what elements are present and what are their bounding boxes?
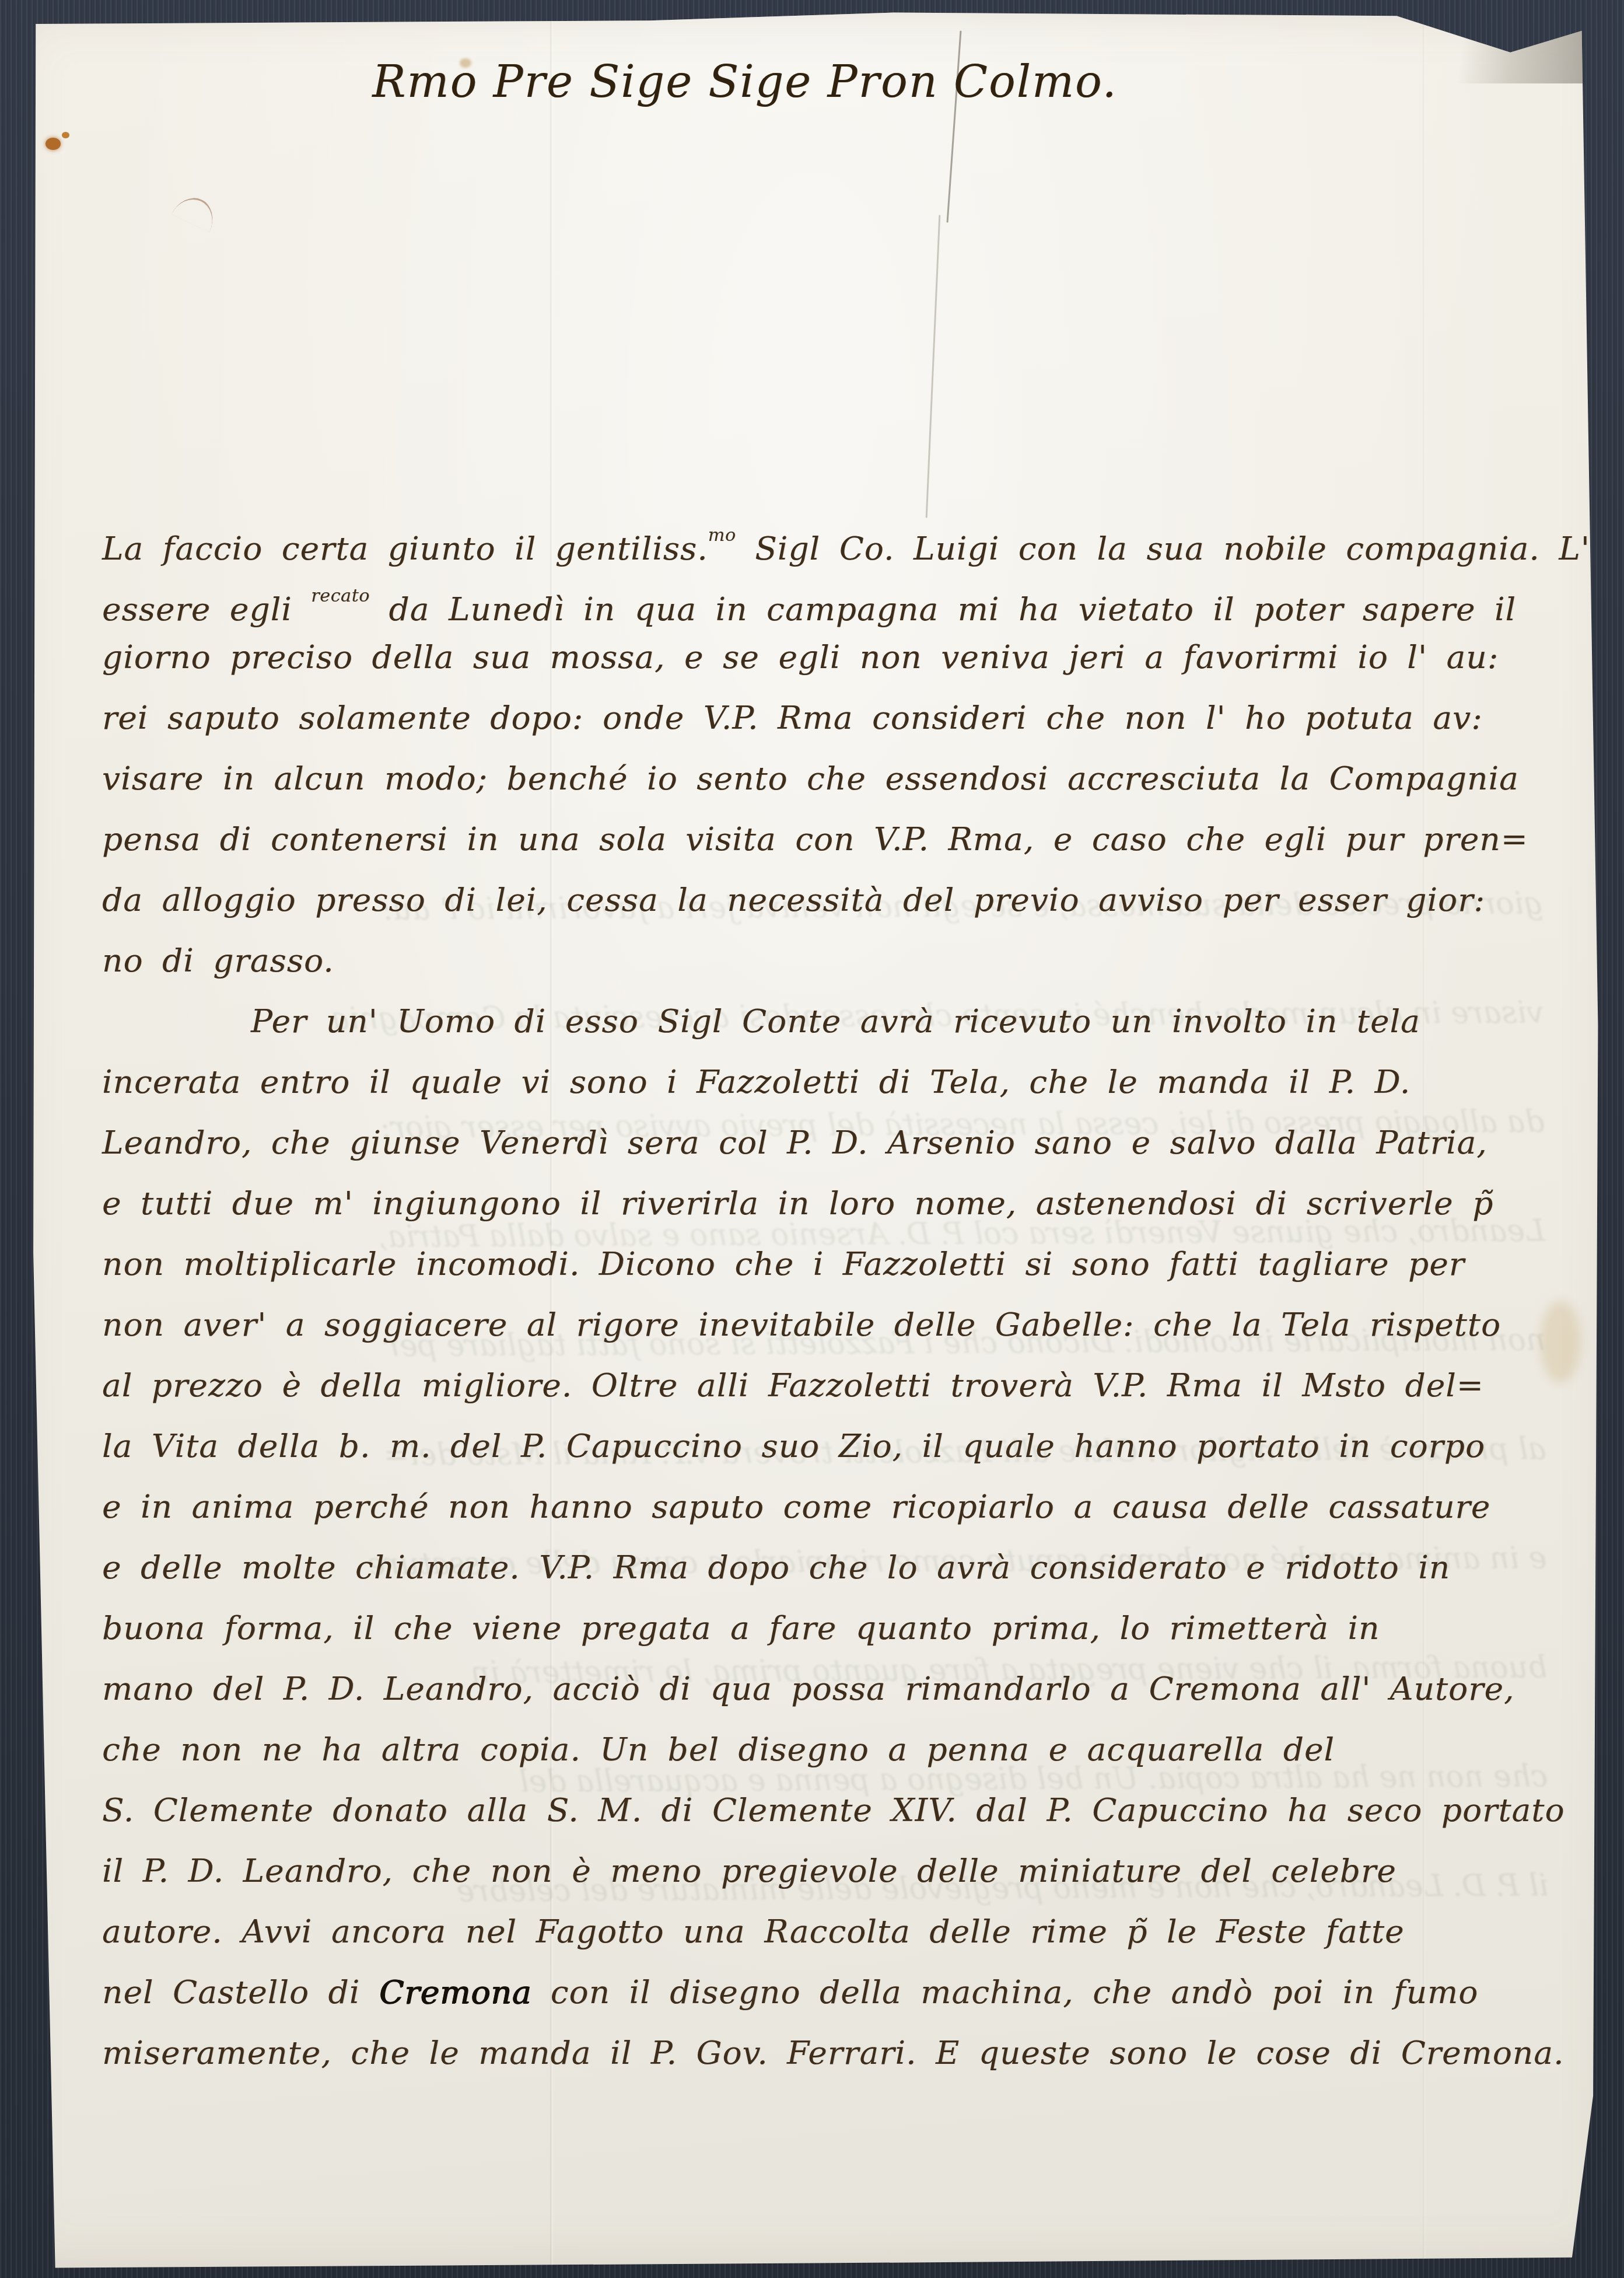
line-text: pensa di contenersi in una sola visita c… xyxy=(102,820,1528,858)
letter-line: giorno preciso della sua mossa, e se egl… xyxy=(102,627,1555,687)
letter-page: giorno preciso della sua mossa, e se egl… xyxy=(0,0,1624,2278)
line-text: Sigl Co. Luigi con la sua nobile compagn… xyxy=(736,530,1590,567)
line-text: giorno preciso della sua mossa, e se egl… xyxy=(102,638,1499,676)
line-text: con il disegno della machina, che andò p… xyxy=(531,1973,1478,2011)
letter-line: la Vita della b. m. del P. Capuccino suo… xyxy=(102,1416,1555,1476)
line-text: miseramente, che le manda il P. Gov. Fer… xyxy=(102,2034,1564,2071)
line-text: essere egli xyxy=(102,591,311,628)
line-text: da alloggio presso di lei, cessa la nece… xyxy=(102,881,1485,918)
line-text: il P. D. Leandro, che non è meno pregiev… xyxy=(102,1852,1396,1889)
photo-background: giorno preciso della sua mossa, e se egl… xyxy=(0,0,1624,2278)
line-text: mano del P. D. Leandro, acciò di qua pos… xyxy=(102,1670,1515,1707)
letter-line: da alloggio presso di lei, cessa la nece… xyxy=(102,869,1555,930)
letter-line: che non ne ha altra copia. Un bel disegn… xyxy=(102,1719,1555,1780)
salutation-line: Rmo Pre Sige Sige Pron Colmo. xyxy=(0,54,1490,109)
line-text: S. Clemente donato alla S. M. di Clement… xyxy=(102,1791,1565,1829)
line-text: Leandro, che giunse Venerdì sera col P. … xyxy=(102,1124,1487,1161)
line-text: che non ne ha altra copia. Un bel disegn… xyxy=(102,1731,1335,1768)
letter-line: buona forma, il che viene pregata a fare… xyxy=(102,1598,1555,1658)
letter-line: S. Clemente donato alla S. M. di Clement… xyxy=(102,1780,1555,1840)
letter-line: La faccio certa giunto il gentiliss.mo S… xyxy=(102,505,1555,566)
letter-line: e delle molte chiamate. V.P. Rma dopo ch… xyxy=(102,1537,1555,1598)
letter-line: non aver' a soggiacere al rigore inevita… xyxy=(102,1294,1555,1355)
line-text: da Lunedì in qua in campagna mi ha vieta… xyxy=(370,591,1516,628)
heavy-ink-word: Cremona xyxy=(379,1973,531,2011)
line-text: non moltiplicarle incomodi. Dicono che i… xyxy=(102,1245,1465,1283)
letter-line: miseramente, che le manda il P. Gov. Fer… xyxy=(102,2022,1555,2083)
line-text: la Vita della b. m. del P. Capuccino suo… xyxy=(102,1427,1485,1465)
line-text: autore. Avvi ancora nel Fagotto una Racc… xyxy=(102,1913,1405,1950)
line-text: incerata entro il quale vi sono i Fazzol… xyxy=(102,1063,1410,1100)
line-text: e tutti due m' ingiungono il riverirla i… xyxy=(102,1185,1493,1222)
rust-stain xyxy=(62,132,69,138)
line-text: al prezzo è della migliore. Oltre alli F… xyxy=(102,1367,1484,1404)
letter-line: e in anima perché non hanno saputo come … xyxy=(102,1476,1555,1537)
letter-line: Per un' Uomo di esso Sigl Conte avrà ric… xyxy=(102,991,1555,1051)
line-text: nel Castello di xyxy=(102,1973,379,2011)
letter-line: no di grasso. xyxy=(102,930,1555,991)
line-text: e delle molte chiamate. V.P. Rma dopo ch… xyxy=(102,1549,1450,1586)
line-text: buona forma, il che viene pregata a fare… xyxy=(102,1609,1380,1647)
rust-stain xyxy=(45,138,61,150)
letter-line: pensa di contenersi in una sola visita c… xyxy=(102,809,1555,869)
letter-line: nel Castello di Cremona con il disegno d… xyxy=(102,1962,1555,2022)
letter-line: incerata entro il quale vi sono i Fazzol… xyxy=(102,1051,1555,1112)
letter-line: il P. D. Leandro, che non è meno pregiev… xyxy=(102,1840,1555,1901)
letter-body: La faccio certa giunto il gentiliss.mo S… xyxy=(102,505,1555,2083)
line-text: non aver' a soggiacere al rigore inevita… xyxy=(102,1306,1501,1343)
letter-line: Leandro, che giunse Venerdì sera col P. … xyxy=(102,1112,1555,1173)
letter-line: autore. Avvi ancora nel Fagotto una Racc… xyxy=(102,1901,1555,1962)
letter-line: mano del P. D. Leandro, acciò di qua pos… xyxy=(102,1658,1555,1719)
letter-line: visare in alcun modo; benché io sento ch… xyxy=(102,748,1555,809)
line-text: La faccio certa giunto il gentiliss. xyxy=(102,530,708,567)
line-text: visare in alcun modo; benché io sento ch… xyxy=(102,760,1519,797)
letter-line: al prezzo è della migliore. Oltre alli F… xyxy=(102,1355,1555,1416)
paper-tear xyxy=(926,215,941,518)
letter-line: rei saputo solamente dopo: onde V.P. Rma… xyxy=(102,687,1555,748)
line-text: no di grasso. xyxy=(102,942,334,979)
line-text: mo xyxy=(708,525,736,546)
line-text: Per un' Uomo di esso Sigl Conte avrà ric… xyxy=(251,1002,1420,1040)
letter-line: e tutti due m' ingiungono il riverirla i… xyxy=(102,1173,1555,1234)
line-text: e in anima perché non hanno saputo come … xyxy=(102,1488,1490,1525)
line-text: recato xyxy=(311,586,370,606)
paper-fiber xyxy=(171,191,220,232)
letter-line: essere egli recato da Lunedì in qua in c… xyxy=(102,566,1555,627)
line-text: rei saputo solamente dopo: onde V.P. Rma… xyxy=(102,699,1483,736)
letter-line: non moltiplicarle incomodi. Dicono che i… xyxy=(102,1234,1555,1294)
